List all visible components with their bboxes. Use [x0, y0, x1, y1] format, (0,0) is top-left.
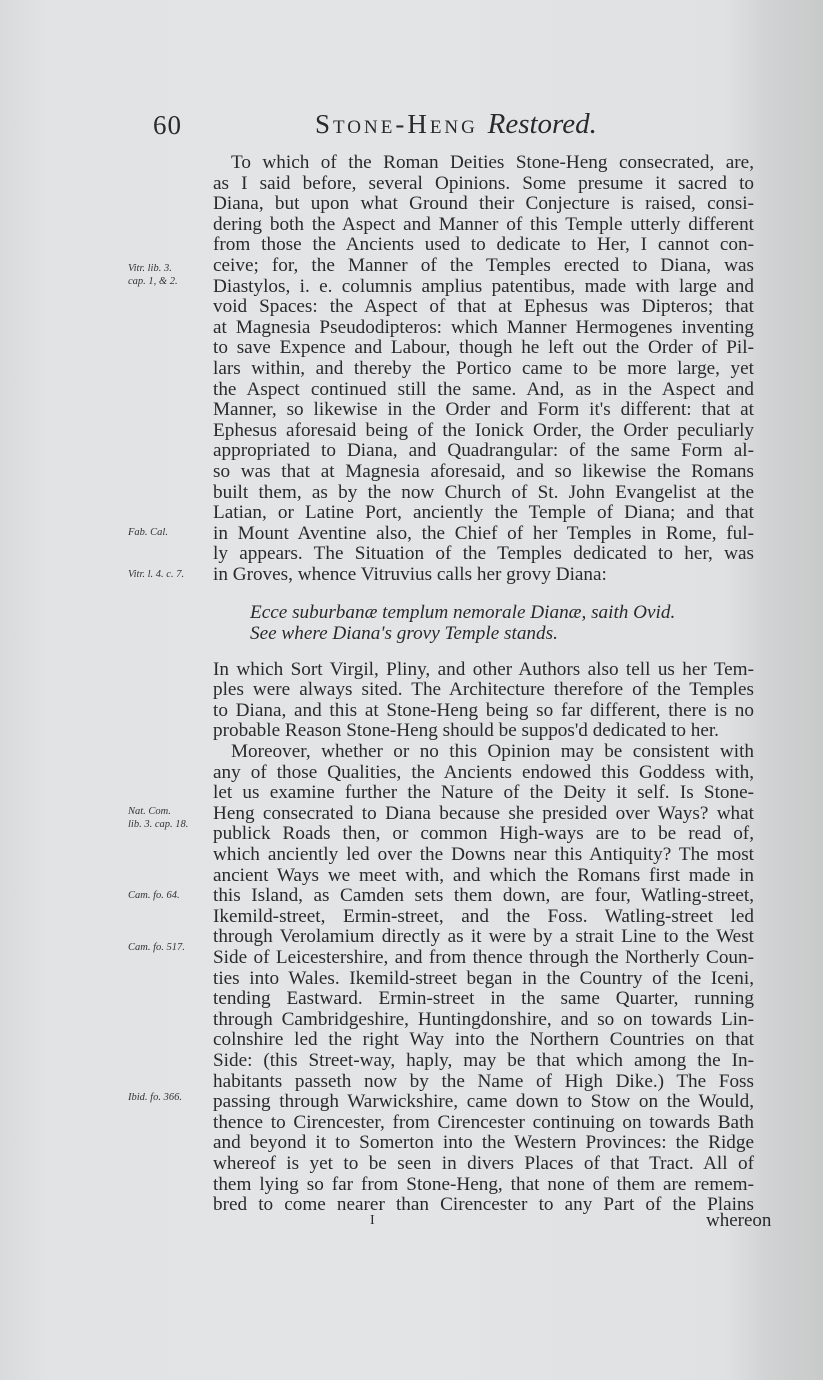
text-line: In which Sort Virgil, Pliny, and other A… — [213, 660, 754, 681]
text-line: let us examine further the Nature of the… — [213, 783, 754, 804]
text-line: Side of Leicestershire, and from thence … — [213, 948, 754, 969]
text-line: Ikemild-street, Ermin-street, and the Fo… — [213, 907, 754, 928]
margin-note: Vitr. lib. 3. cap. 1, & 2. — [128, 262, 178, 288]
text-line: to Diana, and this at Stone-Heng being s… — [213, 701, 754, 722]
verse-quote-line: See where Diana's grovy Temple stands. — [213, 624, 754, 645]
text-line: through Cambridgeshire, Huntingdonshire,… — [213, 1010, 754, 1031]
text-line: thence to Cirencester, from Cirencester … — [213, 1113, 754, 1134]
text-line: ancient Ways we meet with, and which the… — [213, 866, 754, 887]
spacer — [213, 585, 754, 603]
margin-note: Vitr. l. 4. c. 7. — [128, 568, 184, 581]
margin-note-line: Ibid. fo. 366. — [128, 1091, 182, 1104]
text-line: ly appears. The Situation of the Temples… — [213, 544, 754, 565]
text-line: Diastylos, i. e. columnis amplius patent… — [213, 277, 754, 298]
text-line: dering both the Aspect and Manner of thi… — [213, 215, 754, 236]
text-line: Ephesus aforesaid being of the Ionick Or… — [213, 421, 754, 442]
margin-note-line: Nat. Com. — [128, 805, 188, 818]
text-line: Side: (this Street-way, haply, may be th… — [213, 1051, 754, 1072]
text-line: probable Reason Stone-Heng should be sup… — [213, 721, 754, 742]
running-title-italic: Restored. — [488, 108, 597, 140]
margin-note-line: Vitr. l. 4. c. 7. — [128, 568, 184, 581]
margin-note-line: Cam. fo. 64. — [128, 889, 180, 902]
text-line: lars within, and thereby the Portico cam… — [213, 359, 754, 380]
text-line: so was that at Magnesia aforesaid, and s… — [213, 462, 754, 483]
margin-note: Cam. fo. 64. — [128, 889, 180, 902]
verse-quote-line: Ecce suburbanæ templum nemorale Dianæ, s… — [213, 603, 754, 624]
text-line: publick Roads then, or common High-ways … — [213, 824, 754, 845]
text-line: them lying so far from Stone-Heng, that … — [213, 1175, 754, 1196]
book-page: 60 Stone-Heng Restored. Vitr. lib. 3. ca… — [0, 0, 823, 1380]
text-line: built them, as by the now Church of St. … — [213, 483, 754, 504]
page-number: 60 — [153, 110, 182, 141]
text-line: which anciently led over the Downs near … — [213, 845, 754, 866]
spacer — [213, 645, 754, 660]
running-title: Stone-Heng Restored. — [315, 108, 597, 141]
text-line: at Magnesia Pseudodipteros: which Manner… — [213, 318, 754, 339]
running-header: 60 Stone-Heng Restored. — [150, 108, 770, 148]
margin-note: Ibid. fo. 366. — [128, 1091, 182, 1104]
margin-note-line: lib. 3. cap. 18. — [128, 818, 188, 831]
text-line: ples were always sited. The Architecture… — [213, 680, 754, 701]
text-line: bred to come nearer than Cirencester to … — [213, 1195, 754, 1216]
text-line: habitants passeth now by the Name of Hig… — [213, 1072, 754, 1093]
margin-note: Fab. Cal. — [128, 526, 168, 539]
text-line: appropriated to Diana, and Quadrangular:… — [213, 441, 754, 462]
text-line: and beyond it to Somerton into the Weste… — [213, 1133, 754, 1154]
margin-note-line: cap. 1, & 2. — [128, 275, 178, 288]
text-line: this Island, as Camden sets them down, a… — [213, 886, 754, 907]
text-line: tending Eastward. Ermin-street in the sa… — [213, 989, 754, 1010]
text-line: in Mount Aventine also, the Chief of her… — [213, 524, 754, 545]
catchword: whereon — [706, 1210, 771, 1232]
body-text: To which of the Roman Deities Stone-Heng… — [213, 153, 754, 1216]
margin-note-line: Vitr. lib. 3. — [128, 262, 178, 275]
margin-note: Cam. fo. 517. — [128, 941, 185, 954]
text-line: in Groves, whence Vitruvius calls her gr… — [213, 565, 754, 586]
running-title-caps: Stone-Heng — [315, 109, 478, 139]
text-line: To which of the Roman Deities Stone-Heng… — [213, 153, 754, 174]
text-line: void Spaces: the Aspect of that at Ephes… — [213, 297, 754, 318]
margin-note: Nat. Com. lib. 3. cap. 18. — [128, 805, 188, 831]
signature-mark: I — [370, 1213, 375, 1229]
text-line: colnshire led the right Way into the Nor… — [213, 1030, 754, 1051]
text-line: Latian, or Latine Port, anciently the Te… — [213, 503, 754, 524]
text-line: Moreover, whether or no this Opinion may… — [213, 742, 754, 763]
text-line: from those the Ancients used to dedicate… — [213, 235, 754, 256]
text-line: Manner, so likewise in the Order and For… — [213, 400, 754, 421]
text-line: ceive; for, the Manner of the Temples er… — [213, 256, 754, 277]
margin-note-line: Cam. fo. 517. — [128, 941, 185, 954]
text-line: any of those Qualities, the Ancients end… — [213, 763, 754, 784]
text-line: as I said before, several Opinions. Some… — [213, 174, 754, 195]
text-line: Heng consecrated to Diana because she pr… — [213, 804, 754, 825]
text-line: passing through Warwickshire, came down … — [213, 1092, 754, 1113]
text-line: the Aspect continued still the same. And… — [213, 380, 754, 401]
text-line: through Verolamium directly as it were b… — [213, 927, 754, 948]
text-line: ties into Wales. Ikemild-street began in… — [213, 969, 754, 990]
text-line: whereof is yet to be seen in divers Plac… — [213, 1154, 754, 1175]
text-line: Diana, but upon what Ground their Conjec… — [213, 194, 754, 215]
text-line: to save Expence and Labour, though he le… — [213, 338, 754, 359]
margin-note-line: Fab. Cal. — [128, 526, 168, 539]
